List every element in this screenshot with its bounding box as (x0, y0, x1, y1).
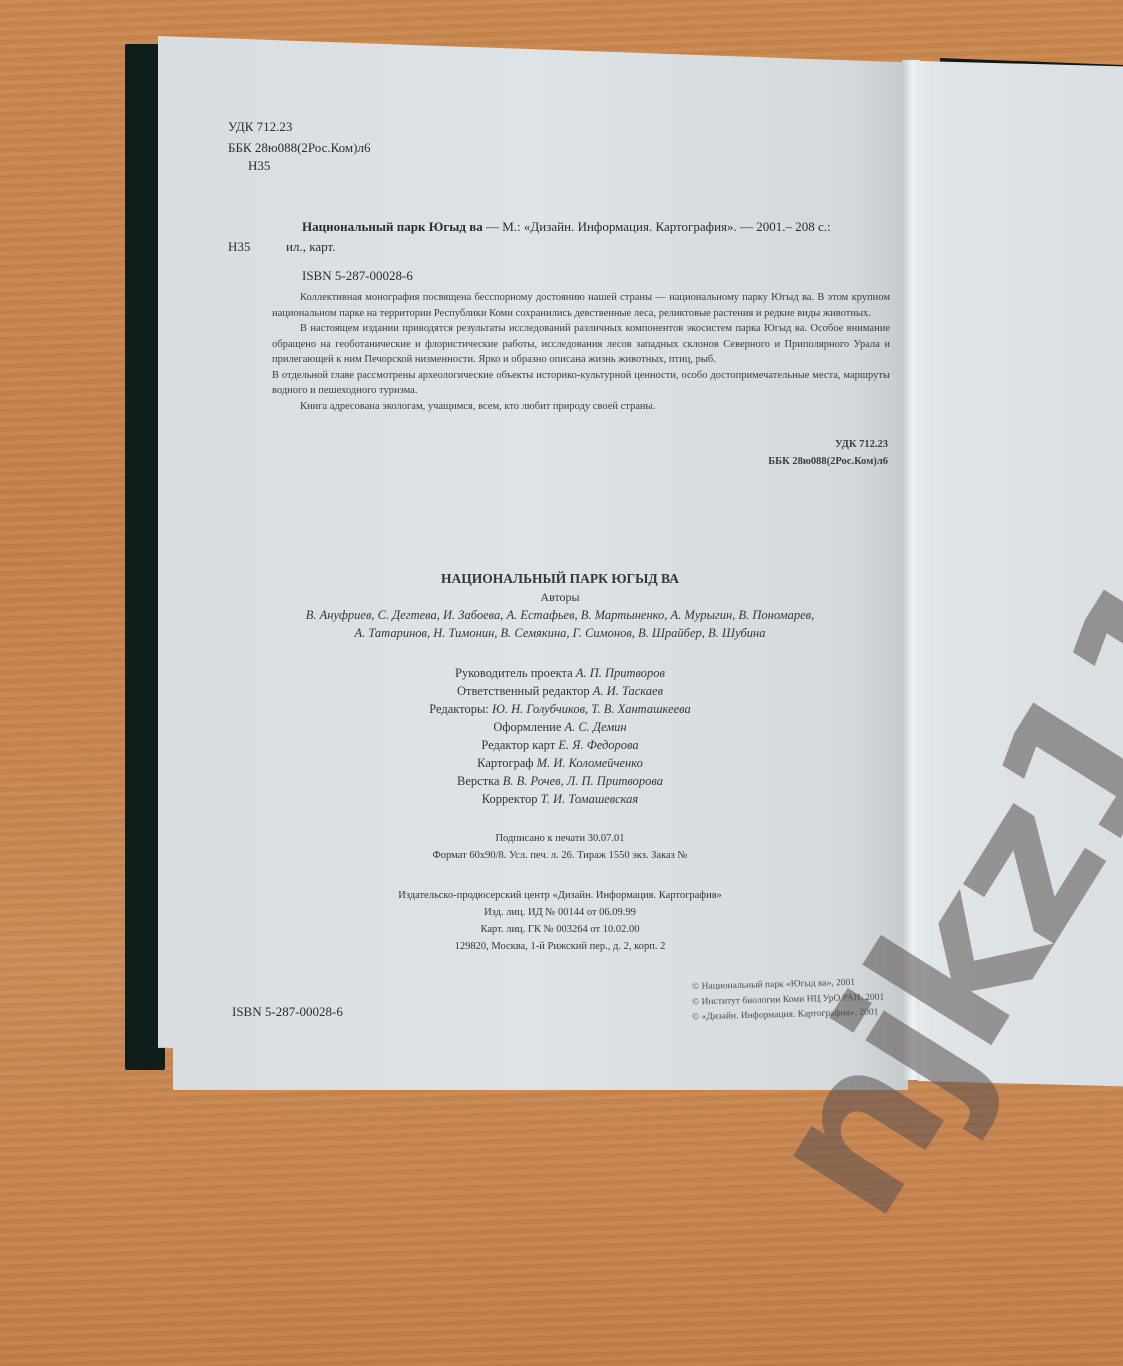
signed-to-print: Подписано к печати 30.07.01 (300, 830, 820, 847)
authors-label: Авторы (300, 588, 820, 606)
staff-credit: Оформление А. С. Демин (300, 718, 820, 736)
imprint-book-title: НАЦИОНАЛЬНЫЙ ПАРК ЮГЫД ВА (300, 570, 820, 588)
annotation-paragraph: В отдельной главе рассмотрены археологич… (272, 368, 890, 399)
bibliographic-title: Национальный парк Югыд ва — М.: «Дизайн.… (302, 219, 831, 235)
staff-credit: Редакторы: Ю. Н. Голубчиков, Т. В. Ханта… (300, 700, 820, 718)
illustrations-note: ил., карт. (286, 239, 335, 255)
annotation-paragraph: Книга адресована экологам, учащимся, все… (272, 399, 890, 415)
staff-credit: Верстка В. В. Рочев, Л. П. Притворова (300, 772, 820, 790)
print-format: Формат 60х90/8. Усл. печ. л. 26. Тираж 1… (300, 847, 820, 864)
author-mark: Н35 (248, 158, 270, 174)
isbn-top: ISBN 5-287-00028-6 (302, 268, 413, 284)
annotation-paragraph: Коллективная монография посвящена бесспо… (272, 290, 890, 321)
annotation-bbk: ББК 28ю088(2Рос.Ком)л6 (768, 456, 888, 467)
bibliographic-author-mark: Н35 (228, 239, 250, 255)
staff-credit: Ответственный редактор А. И. Таскаев (300, 682, 820, 700)
staff-credit: Руководитель проекта А. П. Притворов (300, 664, 820, 682)
publisher-address: 129820, Москва, 1-й Рижский пер., д. 2, … (300, 938, 820, 955)
isbn-bottom: ISBN 5-287-00028-6 (232, 1004, 343, 1020)
publisher-license: Изд. лиц. ИД № 00144 от 06.09.99 (300, 904, 820, 921)
authors-line: В. Ануфриев, С. Дегтева, И. Забоева, А. … (300, 606, 820, 624)
annotation: Коллективная монография посвящена бесспо… (272, 290, 890, 414)
cartography-license: Карт. лиц. ГК № 003264 от 10.02.00 (300, 921, 820, 938)
annotation-paragraph: В настоящем издании приводятся результат… (272, 321, 890, 368)
annotation-udk: УДК 712.23 (835, 439, 888, 450)
staff-credits: Руководитель проекта А. П. Притворов Отв… (300, 664, 820, 808)
print-details: Подписано к печати 30.07.01 Формат 60х90… (300, 830, 820, 864)
staff-credit: Редактор карт Е. Я. Федорова (300, 736, 820, 754)
publisher-details: Издательско-продюсерский центр «Дизайн. … (300, 887, 820, 955)
udk-code: УДК 712.23 (228, 119, 292, 135)
authors-line: А. Татаринов, Н. Тимонин, В. Семякина, Г… (300, 624, 820, 642)
imprint-block: НАЦИОНАЛЬНЫЙ ПАРК ЮГЫД ВА Авторы В. Ануф… (300, 570, 820, 642)
bbk-code: ББК 28ю088(2Рос.Ком)л6 (228, 140, 370, 156)
book-title-bold: Национальный парк Югыд ва (302, 219, 483, 234)
publication-details: — М.: «Дизайн. Информация. Картография».… (483, 219, 831, 234)
publisher-name: Издательско-продюсерский центр «Дизайн. … (300, 887, 820, 904)
staff-credit: Корректор Т. И. Томашевская (300, 790, 820, 808)
staff-credit: Картограф М. И. Коломейченко (300, 754, 820, 772)
